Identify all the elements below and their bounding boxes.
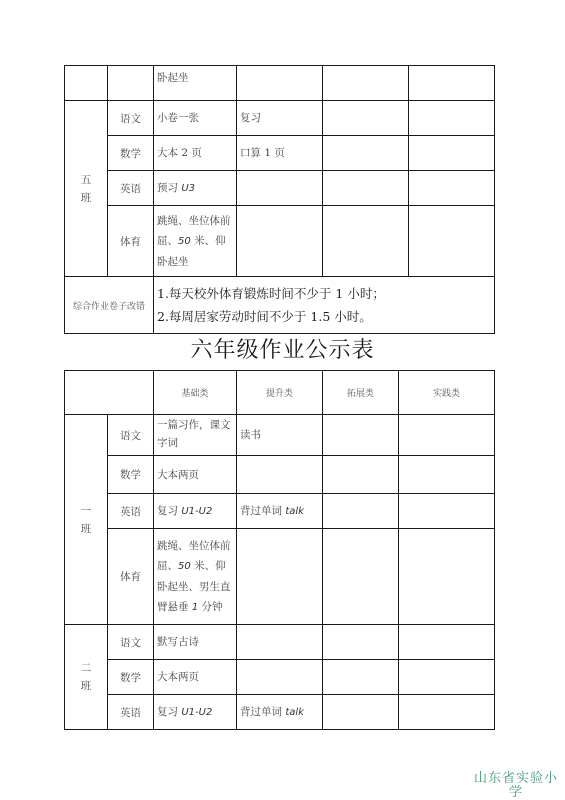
basic-cell: 大本两页 <box>154 456 237 494</box>
text-line: 跳绳、坐位体前 <box>157 536 233 556</box>
school-name-cn: 山东省实验小学 <box>470 772 562 800</box>
subject-cell: 语文 <box>108 415 154 456</box>
expand-cell <box>323 695 399 730</box>
improve-cell <box>237 625 323 660</box>
basic-cell: 默写古诗 <box>154 625 237 660</box>
text-fragment: 米、仰 <box>194 235 226 247</box>
grade6-homework-table: 基础类 提升类 拓展类 实践类 一 班 语文 一篇习作，课文 字词 读书 数学 … <box>64 370 495 730</box>
text-fragment: 臂悬垂 <box>157 601 192 613</box>
text-line: 卧起坐 <box>157 252 233 272</box>
text-fragment: 屈、 <box>157 560 178 572</box>
improve-text: 背过单词 <box>240 706 285 718</box>
expand-cell <box>323 415 399 456</box>
expand-cell <box>323 625 399 660</box>
class-label-cell: 二 班 <box>65 625 108 730</box>
class-label-cell: 五 班 <box>65 101 108 277</box>
subject-cell: 数学 <box>108 660 154 695</box>
practice-cell <box>399 415 495 456</box>
class-label-cell: 一 班 <box>65 415 108 625</box>
class-label-line: 班 <box>65 677 107 695</box>
summary-label: 综合作业卷子改错 <box>65 277 154 334</box>
expand-cell <box>323 494 399 529</box>
improve-cell: 背过单词 talk <box>237 695 323 730</box>
text-line: 跳绳、坐位体前 <box>157 211 233 231</box>
unit-code: U1-U2 <box>181 506 212 517</box>
improve-cell <box>237 171 323 206</box>
number: 50 <box>178 236 191 247</box>
text-line: 字词 <box>157 434 233 452</box>
summary-content: 1.每天校外体育锻炼时间不少于 1 小时； 2.每周居家劳动时间不少于 1.5 … <box>154 277 495 334</box>
page-title: 六年级作业公示表 <box>0 333 565 364</box>
unit-code: U1-U2 <box>181 707 212 718</box>
basic-cell: 预习 U3 <box>154 171 237 206</box>
class-label-line: 五 <box>65 171 107 189</box>
text-fragment: 米、仰 <box>194 560 226 572</box>
text-line: 臂悬垂 1 分钟 <box>157 597 233 618</box>
basic-text: 预习 <box>157 182 181 194</box>
basic-cell: 大本 2 页 <box>154 136 237 171</box>
improve-cell <box>237 529 323 625</box>
subject-cell: 语文 <box>108 101 154 136</box>
expand-cell <box>323 529 399 625</box>
class-label-line: 二 <box>65 659 107 677</box>
basic-cell: 大本两页 <box>154 660 237 695</box>
expand-cell <box>323 171 409 206</box>
header-row: 基础类 提升类 拓展类 实践类 <box>65 371 495 415</box>
practice-cell <box>409 136 495 171</box>
vocab-word: talk <box>285 506 304 517</box>
expand-cell <box>323 660 399 695</box>
basic-cell: 复习 U1-U2 <box>154 695 237 730</box>
expand-cell <box>323 456 399 494</box>
header-practice: 实践类 <box>399 371 495 415</box>
table-row: 英语 复习 U1-U2 背过单词 talk <box>65 695 495 730</box>
subject-cell: 数学 <box>108 456 154 494</box>
expand-cell <box>323 66 409 101</box>
subject-cell: 体育 <box>108 529 154 625</box>
basic-cell: 一篇习作，课文 字词 <box>154 415 237 456</box>
expand-cell <box>323 101 409 136</box>
header-empty <box>65 371 154 415</box>
table-row: 英语 预习 U3 <box>65 171 495 206</box>
number: 50 <box>178 561 191 572</box>
subject-cell: 英语 <box>108 494 154 529</box>
practice-cell <box>399 695 495 730</box>
practice-cell <box>399 494 495 529</box>
text-fragment: 屈、 <box>157 235 178 247</box>
practice-cell <box>409 66 495 101</box>
improve-cell <box>237 660 323 695</box>
subject-cell: 英语 <box>108 695 154 730</box>
table-row: 体育 跳绳、坐位体前 屈、50 米、仰 卧起坐 <box>65 206 495 277</box>
header-basic: 基础类 <box>154 371 237 415</box>
practice-cell <box>399 456 495 494</box>
improve-text: 背过单词 <box>240 505 285 517</box>
subject-cell: 体育 <box>108 206 154 277</box>
basic-cell: 卧起坐 <box>154 66 237 101</box>
text-line: 卧起坐、男生直 <box>157 577 233 597</box>
expand-cell <box>323 136 409 171</box>
class-label-line: 一 <box>65 502 107 520</box>
improve-cell: 背过单词 talk <box>237 494 323 529</box>
improve-cell: 复习 <box>237 101 323 136</box>
basic-text: 复习 <box>157 505 181 517</box>
text-line: 一篇习作，课文 <box>157 416 233 434</box>
subject-cell: 语文 <box>108 625 154 660</box>
expand-cell <box>323 206 409 277</box>
table-row: 二 班 语文 默写古诗 <box>65 625 495 660</box>
summary-line: 1.每天校外体育锻炼时间不少于 1 小时； <box>157 282 494 305</box>
improve-cell <box>237 66 323 101</box>
table-row: 五 班 语文 小卷一张 复习 <box>65 101 495 136</box>
basic-cell: 跳绳、坐位体前 屈、50 米、仰 卧起坐 <box>154 206 237 277</box>
table-row: 一 班 语文 一篇习作，课文 字词 读书 <box>65 415 495 456</box>
practice-cell <box>399 625 495 660</box>
school-logo: 山东省实验小学 SHANDONG EXPERIMENTAL PRIMARY SC… <box>470 772 562 800</box>
improve-cell: 读书 <box>237 415 323 456</box>
improve-cell <box>237 456 323 494</box>
table-row: 体育 跳绳、坐位体前 屈、50 米、仰 卧起坐、男生直 臂悬垂 1 分钟 <box>65 529 495 625</box>
subject-cell: 数学 <box>108 136 154 171</box>
table-row: 数学 大本两页 <box>65 660 495 695</box>
practice-cell <box>409 171 495 206</box>
practice-cell <box>409 101 495 136</box>
basic-cell: 小卷一张 <box>154 101 237 136</box>
text-fragment: 分钟 <box>198 601 222 613</box>
class-label-line: 班 <box>65 520 107 538</box>
basic-text: 复习 <box>157 706 181 718</box>
class-label-line: 班 <box>65 189 107 207</box>
grade5-homework-table: 卧起坐 五 班 语文 小卷一张 复习 数学 大本 2 页 口算 1 页 英语 预… <box>64 65 495 334</box>
practice-cell <box>399 529 495 625</box>
table-row: 数学 大本两页 <box>65 456 495 494</box>
class-cell <box>65 66 108 101</box>
subject-cell <box>108 66 154 101</box>
table-row: 卧起坐 <box>65 66 495 101</box>
unit-code: U3 <box>181 183 195 194</box>
text-line: 屈、50 米、仰 <box>157 556 233 577</box>
subject-cell: 英语 <box>108 171 154 206</box>
improve-cell: 口算 1 页 <box>237 136 323 171</box>
text-line: 屈、50 米、仰 <box>157 231 233 252</box>
improve-cell <box>237 206 323 277</box>
practice-cell <box>409 206 495 277</box>
basic-cell: 跳绳、坐位体前 屈、50 米、仰 卧起坐、男生直 臂悬垂 1 分钟 <box>154 529 237 625</box>
basic-cell: 复习 U1-U2 <box>154 494 237 529</box>
table-row: 英语 复习 U1-U2 背过单词 talk <box>65 494 495 529</box>
header-expand: 拓展类 <box>323 371 399 415</box>
header-improve: 提升类 <box>237 371 323 415</box>
practice-cell <box>399 660 495 695</box>
summary-row: 综合作业卷子改错 1.每天校外体育锻炼时间不少于 1 小时； 2.每周居家劳动时… <box>65 277 495 334</box>
vocab-word: talk <box>285 707 304 718</box>
table-row: 数学 大本 2 页 口算 1 页 <box>65 136 495 171</box>
summary-line: 2.每周居家劳动时间不少于 1.5 小时。 <box>157 305 494 328</box>
